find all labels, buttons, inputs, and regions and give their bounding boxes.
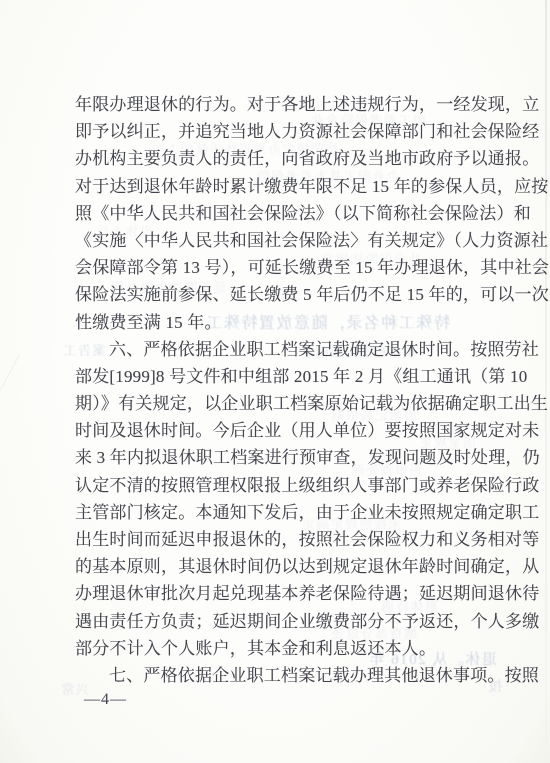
text-line: 年限办理退休的行为。对于各地上述违规行为，一经发现，立 xyxy=(75,91,487,118)
text-line: 期）》有关规定，以企业职工档案原始记载为依据确定职工出生 xyxy=(75,390,487,417)
text-line: 即予以纠正，并追究当地人力资源社会保障部门和社会保险经 xyxy=(75,118,487,145)
text-line: 会保障部令第 13 号），可延长缴费至 15 年办理退休，其中社会 xyxy=(75,254,487,281)
scan-right-edge-line xyxy=(545,0,547,763)
text-line: 认定不清的按照管理权限报上级组织人事部门或养老保险行政 xyxy=(75,472,487,499)
text-line: 六、严格依据企业职工档案记载确定退休时间。按照劳社 xyxy=(75,336,487,363)
text-line: 来 3 年内拟退休职工档案进行预审查，发现问题及时处理，仍 xyxy=(75,444,487,471)
document-body-text: 年限办理退休的行为。对于各地上述违规行为，一经发现，立即予以纠正，并追究当地人力… xyxy=(75,91,487,689)
page-number: —4— xyxy=(84,691,127,709)
text-line: 主管部门核定。本通知下发后，由于企业未按照规定确定职工 xyxy=(75,499,487,526)
text-line: 办机构主要负责人的责任，向省政府及当地市政府予以通报。 xyxy=(75,145,487,172)
text-line: 照《中华人民共和国社会保险法》（以下简称社会保险法）和 xyxy=(75,200,487,227)
text-line: 出生时间而延迟申报退休的，按照社会保险权力和义务相对等 xyxy=(75,526,487,553)
scanned-document-page: 职工养老保险企业按照规定办理退休手续的人员企业职工基本养老保险退休人员社会保险法… xyxy=(0,0,550,763)
paper-crease-mark xyxy=(0,354,50,411)
text-line: 性缴费至满 15 年。 xyxy=(75,309,487,336)
text-line: 的基本原则，其退休时间仍以达到规定退休年龄时间确定，从 xyxy=(75,553,487,580)
text-line: 遇由责任方负责；延迟期间企业缴费部分不予返还，个人多缴 xyxy=(75,608,487,635)
text-line: 对于达到退休年龄时累计缴费年限不足 15 年的参保人员，应按 xyxy=(75,173,487,200)
text-line: 部分不计入个人账户，其本金和利息返还本人。 xyxy=(75,635,487,662)
text-line: 时间及退休时间。今后企业（用人单位）要按照国家规定对未 xyxy=(75,417,487,444)
text-line: 《实施〈中华人民共和国社会保险法〉有关规定》（人力资源社 xyxy=(75,227,487,254)
text-line: 办理退休审批次月起兑现基本养老保险待遇；延迟期间退休待 xyxy=(75,580,487,607)
text-line: 保险法实施前参保、延长缴费 5 年后仍不足 15 年的，可以一次 xyxy=(75,281,487,308)
text-line: 部发[1999]8 号文件和中组部 2015 年 2 月《组工通讯（第 10 xyxy=(75,363,487,390)
text-line: 七、严格依据企业职工档案记载办理其他退休事项。按照 xyxy=(75,662,487,689)
